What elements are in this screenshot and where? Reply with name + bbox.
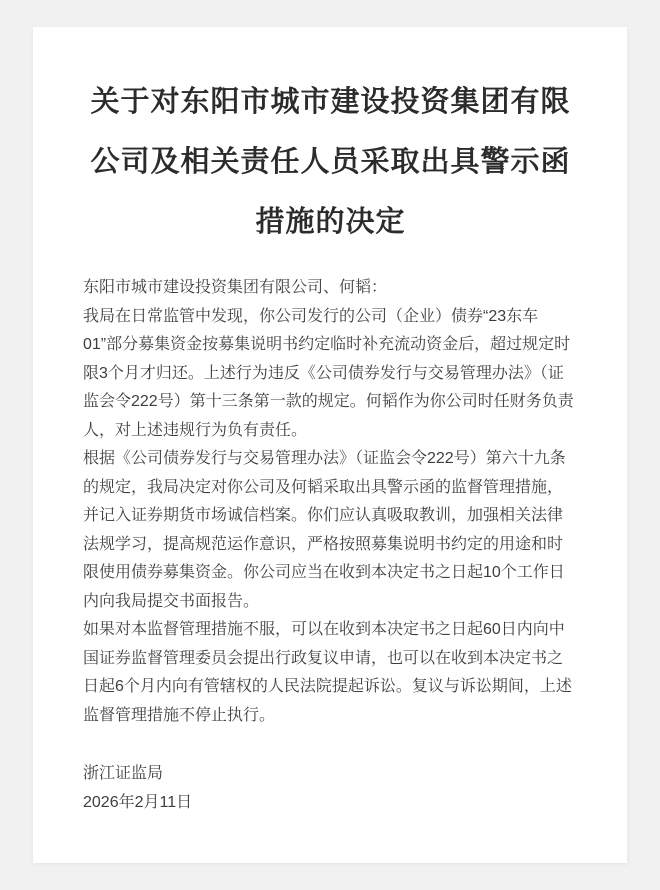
signature-authority: 浙江证监局 (83, 760, 578, 789)
document-date: 2026年2月11日 (83, 789, 578, 818)
salutation-line: 东阳市城市建设投资集团有限公司、何韬： (83, 274, 578, 303)
document-title: 关于对东阳市城市建设投资集团有限 公司及相关责任人员采取出具警示函 措施的决定 (83, 72, 578, 252)
paragraph-appeal-rights: 如果对本监督管理措施不服，可以在收到本决定书之日起60日内向中 国证券监督管理委… (83, 616, 578, 730)
article-card: 关于对东阳市城市建设投资集团有限 公司及相关责任人员采取出具警示函 措施的决定 … (33, 27, 627, 863)
paragraph-regulatory-decision: 根据《公司债券发行与交易管理办法》（证监会令222号）第六十九条 的规定，我局决… (83, 445, 578, 616)
paragraph-violation-facts: 我局在日常监管中发现，你公司发行的公司（企业）债券“23东车 01”部分募集资金… (83, 303, 578, 446)
